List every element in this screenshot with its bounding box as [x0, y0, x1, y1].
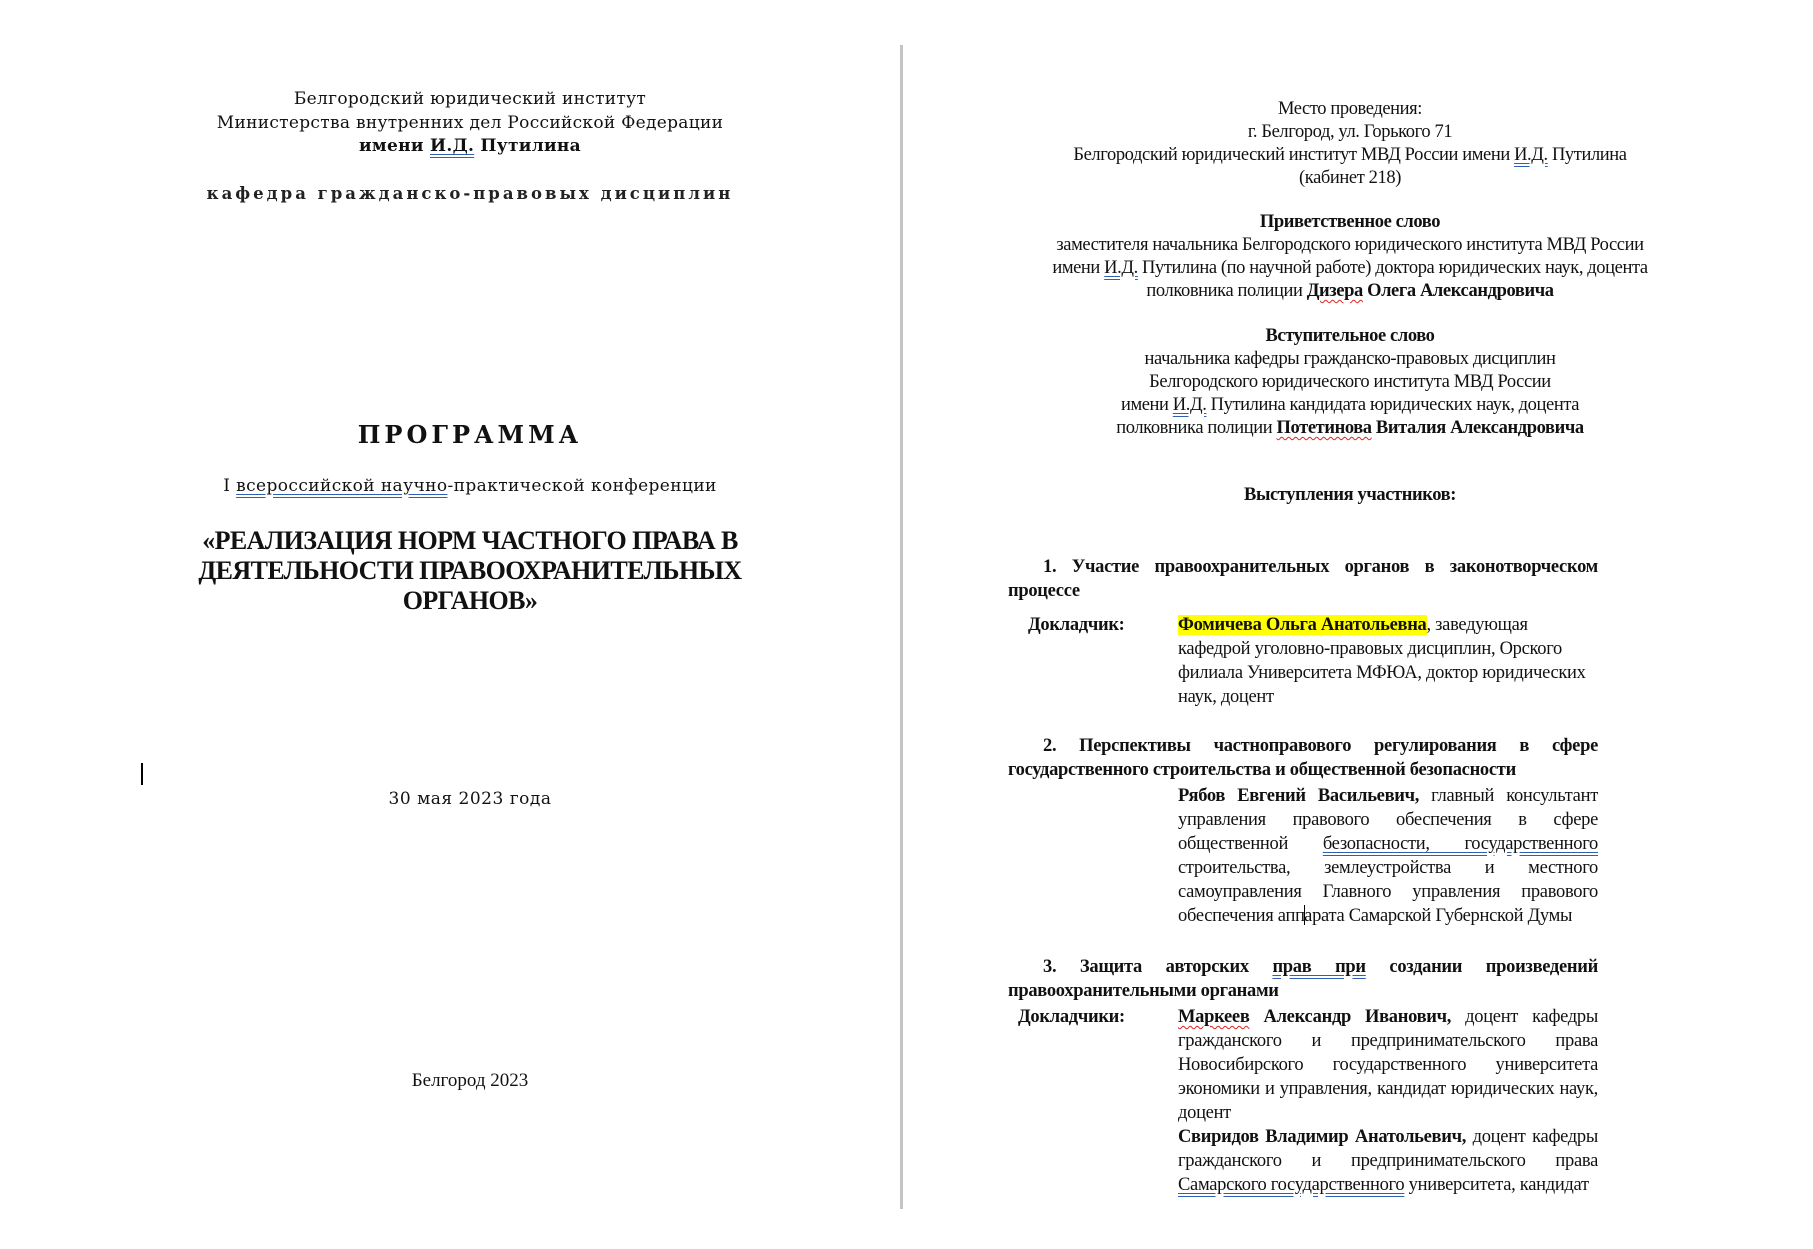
title-page[interactable]: Белгородский юридический институт Минист…: [0, 0, 900, 1249]
speeches-heading: Выступления участников:: [1000, 484, 1700, 507]
conference-title-line-3: ОРГАНОВ»: [140, 586, 800, 616]
conference-title-line-2: ДЕЯТЕЛЬНОСТИ ПРАВООХРАНИТЕЛЬНЫХ: [140, 556, 800, 586]
venue-institution-prefix: Белгородский юридический институт МВД Ро…: [1073, 145, 1514, 165]
speaker-entry: Фомичева Ольга Анатольевна, заведующая к…: [1178, 613, 1598, 709]
conference-title-line-1: «РЕАЛИЗАЦИЯ НОРМ ЧАСТНОГО ПРАВА В: [140, 526, 800, 556]
speaker-entry: Маркеев Александр Иванович, доцент кафед…: [1178, 1005, 1598, 1125]
intro-line-3-suffix: Путилина кандидата юридических наук, доц…: [1206, 395, 1579, 415]
text-cursor: [141, 763, 143, 785]
header-line-2: Министерства внутренних дел Российской Ф…: [140, 112, 800, 136]
speaker-list: Маркеев Александр Иванович, доцент кафед…: [1178, 1005, 1598, 1197]
venue-institution: Белгородский юридический институт МВД Ро…: [1000, 144, 1700, 167]
grammar-flag-initials[interactable]: И.Д.: [1104, 258, 1138, 278]
intro-line-3-prefix: имени: [1121, 395, 1173, 415]
conference-title: «РЕАЛИЗАЦИЯ НОРМ ЧАСТНОГО ПРАВА В ДЕЯТЕЛ…: [140, 526, 800, 616]
subtitle-suffix: -практической конференции: [448, 476, 717, 496]
speaker-details-b2: арата Самарской Губернской Думы: [1304, 906, 1572, 926]
header-name-suffix: Путилина: [474, 136, 581, 156]
institution-header: Белгородский юридический институт Минист…: [140, 88, 800, 159]
program-page[interactable]: Место проведения: г. Белгород, ул. Горьк…: [903, 0, 1813, 1249]
item-3-title-prefix: 3. Защита авторских: [1043, 957, 1272, 977]
grammar-flag-subtitle[interactable]: всероссийской научно: [236, 476, 447, 496]
subtitle-prefix: I: [223, 476, 236, 496]
intro-block: Вступительное слово начальника кафедры г…: [1000, 325, 1700, 440]
city-year: Белгород 2023: [140, 1070, 800, 1092]
intro-line-4: полковника полиции Потетинова Виталия Ал…: [1000, 417, 1700, 440]
greeting-line-2-prefix: имени: [1052, 258, 1104, 278]
speaker-name: Свиридов Владимир Анатольевич,: [1178, 1127, 1466, 1147]
intro-line-4-prefix: полковника полиции: [1116, 418, 1276, 438]
greeting-line-3: полковника полиции Дизера Олега Александ…: [1000, 280, 1700, 303]
greeting-title: Приветственное слово: [1000, 211, 1700, 234]
speaker-label: Докладчики:: [1018, 1005, 1125, 1029]
greeting-speaker-name: Олега Александровича: [1363, 281, 1554, 301]
spelling-flag-name[interactable]: Маркеев: [1178, 1007, 1250, 1027]
agenda-item-3-title: 3. Защита авторских прав при создании пр…: [1008, 955, 1598, 1003]
header-line-1: Белгородский юридический институт: [140, 88, 800, 112]
grammar-flag-initials[interactable]: И.Д.: [1173, 395, 1207, 415]
intro-line-3: имени И.Д. Путилина кандидата юридически…: [1000, 394, 1700, 417]
greeting-line-2: имени И.Д. Путилина (по научной работе) …: [1000, 257, 1700, 280]
venue-institution-suffix: Путилина: [1548, 145, 1627, 165]
conference-date: 30 мая 2023 года: [140, 789, 800, 809]
grammar-flag-phrase[interactable]: безопасности, государственного: [1323, 834, 1598, 854]
conference-subtitle: I всероссийской научно-практической конф…: [140, 476, 800, 496]
speaker-details-b: университета, кандидат: [1404, 1175, 1588, 1195]
venue-label: Место проведения:: [1000, 98, 1700, 121]
greeting-line-1: заместителя начальника Белгородского юри…: [1000, 234, 1700, 257]
department-name: кафедра гражданско-правовых дисциплин: [140, 184, 800, 203]
grammar-flag-phrase[interactable]: прав при: [1272, 957, 1365, 977]
intro-speaker-name: Виталия Александровича: [1372, 418, 1584, 438]
greeting-line-2-suffix: Путилина (по научной работе) доктора юри…: [1138, 258, 1648, 278]
agenda-item-1-title: 1. Участие правоохранительных органов в …: [1008, 555, 1598, 603]
speaker-label: Докладчик:: [1028, 613, 1125, 637]
header-name-prefix: имени: [359, 136, 430, 156]
program-label: ПРОГРАММА: [140, 420, 800, 449]
intro-title: Вступительное слово: [1000, 325, 1700, 348]
speaker-entry: Свиридов Владимир Анатольевич, доцент ка…: [1178, 1125, 1598, 1197]
greeting-block: Приветственное слово заместителя начальн…: [1000, 211, 1700, 303]
speaker-name-highlighted: Фомичева Ольга Анатольевна: [1178, 615, 1427, 635]
venue-block: Место проведения: г. Белгород, ул. Горьк…: [1000, 98, 1700, 190]
venue-address: г. Белгород, ул. Горького 71: [1000, 121, 1700, 144]
grammar-flag-phrase[interactable]: Самарского государственного: [1178, 1175, 1404, 1195]
speaker-entry: Рябов Евгений Васильевич, главный консул…: [1178, 784, 1598, 928]
grammar-flag-initials[interactable]: И.Д.: [430, 136, 474, 156]
header-line-3: имени И.Д. Путилина: [140, 135, 800, 159]
spelling-flag-name[interactable]: Дизера: [1307, 281, 1363, 301]
speaker-name: Александр Иванович,: [1250, 1007, 1452, 1027]
speaker-name: Рябов Евгений Васильевич,: [1178, 786, 1419, 806]
venue-room: (кабинет 218): [1000, 167, 1700, 190]
grammar-flag-initials[interactable]: И.Д.: [1514, 145, 1548, 165]
intro-line-2: Белгородского юридического института МВД…: [1000, 371, 1700, 394]
greeting-line-3-prefix: полковника полиции: [1146, 281, 1306, 301]
intro-line-1: начальника кафедры гражданско-правовых д…: [1000, 348, 1700, 371]
agenda-item-2-title: 2. Перспективы частноправового регулиров…: [1008, 734, 1598, 782]
spelling-flag-name[interactable]: Потетинова: [1277, 418, 1372, 438]
